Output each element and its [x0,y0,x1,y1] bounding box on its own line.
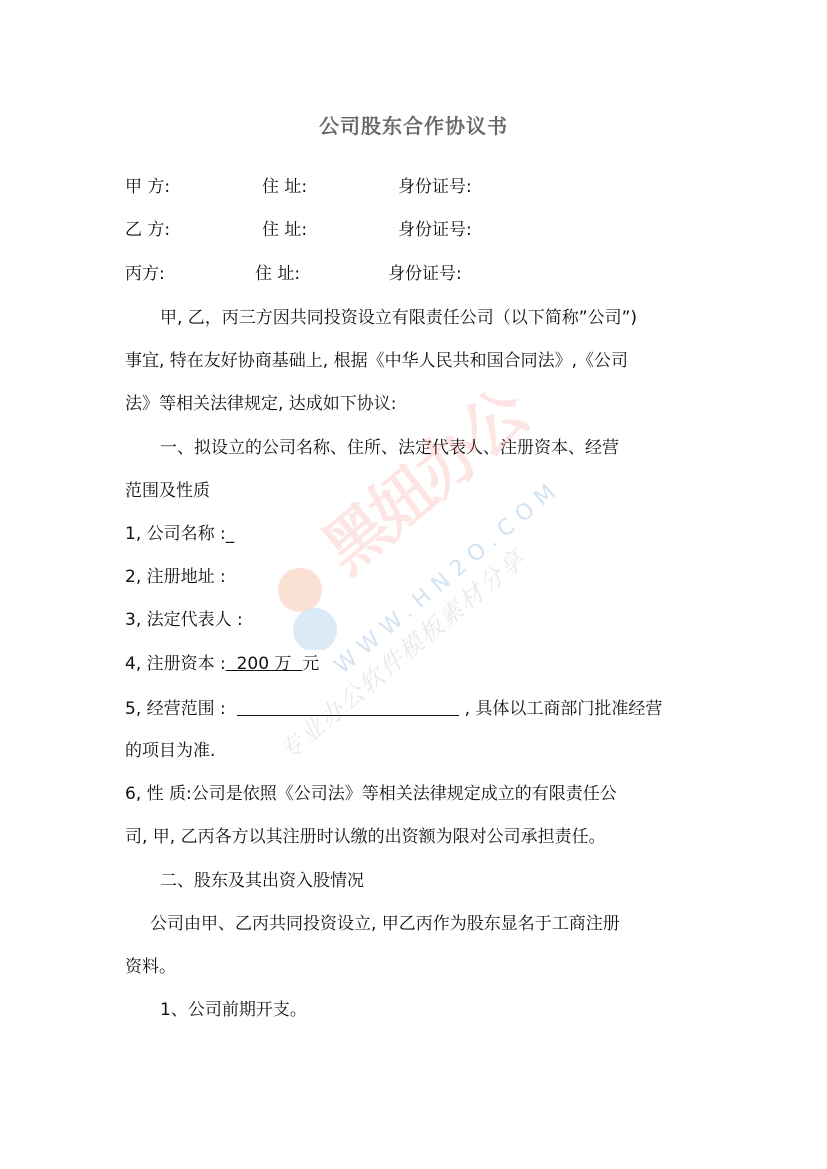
scope-suffix: , 具体以工商部门批准经营 [465,699,663,719]
item-company-name: 1, 公司名称 :_ [125,523,234,545]
intro-line: 甲, 乙，丙三方因共同投资设立有限责任公司（以下简称”公司”) [160,307,637,329]
item-registered-address: 2, 注册地址 : [125,566,226,588]
intro-line: 法》等相关法律规定, 达成如下协议: [125,393,397,415]
section-heading: 二、股东及其出资入股情况 [160,870,364,892]
capital-label: 4, 注册资本 : [125,654,226,674]
item-registered-capital: 4, 注册资本 : 200 万 元 [125,653,319,675]
scope-continuation: 的项目为准. [125,740,215,762]
item-business-scope: 5, 经营范围 : , 具体以工商部门批准经营 [125,697,662,720]
item-nature: 6, 性 质:公司是依照《公司法》等相关法律规定成立的有限责任公 [125,783,617,805]
item-preliminary-expenses: 1、公司前期开支。 [160,999,307,1021]
intro-line: 事宜, 特在友好协商基础上, 根据《中华人民共和国合同法》,《公司 [125,350,628,372]
id-label: 身份证号: [388,263,462,285]
watermark-logo-icon [270,560,360,650]
section-heading: 一、拟设立的公司名称、住所、法定代表人、注册资本、经营 [160,437,619,459]
address-label: 住 址: [255,263,300,285]
id-label: 身份证号: [398,219,472,241]
document-title: 公司股东合作协议书 [0,110,827,139]
party-label: 乙 方: [125,219,170,241]
scope-blank-line [237,697,459,716]
item-legal-representative: 3, 法定代表人 : [125,609,243,631]
party-label: 丙方: [125,263,165,285]
document-page: 公司股东合作协议书 甲 方: 住 址: 身份证号: 乙 方: 住 址: 身份证号… [0,0,827,1169]
capital-unit: 元 [302,654,319,674]
scope-label: 5, 经营范围 : [125,699,226,719]
address-label: 住 址: [262,219,307,241]
id-label: 身份证号: [398,176,472,198]
capital-value: 200 万 [226,654,302,674]
section-heading-cont: 范围及性质 [125,480,210,502]
watermark-url: WWW.HN2O.COM [330,475,567,679]
section-paragraph: 公司由甲、乙丙共同投资设立, 甲乙丙作为股东显名于工商注册 [150,913,620,935]
address-label: 住 址: [262,176,307,198]
nature-continuation: 司, 甲, 乙丙各方以其注册时认缴的出资额为限对公司承担责任。 [125,826,606,848]
section-paragraph-cont: 资料。 [125,956,176,978]
party-label: 甲 方: [125,176,170,198]
